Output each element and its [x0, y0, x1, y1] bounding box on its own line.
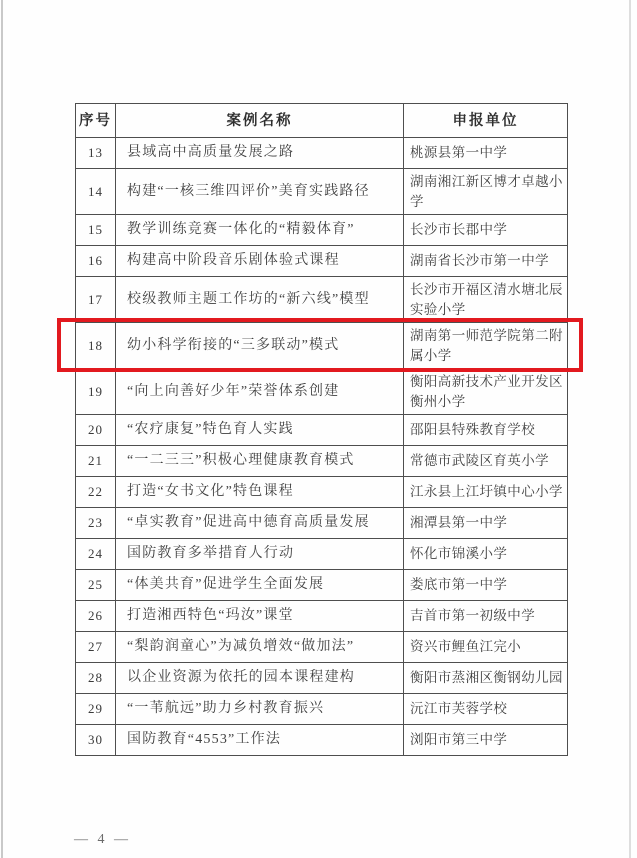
- table-row: 22打造“女书文化”特色课程江永县上江圩镇中心小学: [76, 477, 568, 508]
- cell-case-name: 国防教育多举措育人行动: [116, 539, 404, 570]
- table-row: 18幼小科学衔接的“三多联动”模式湖南第一师范学院第二附属小学: [76, 323, 568, 369]
- cell-number: 13: [76, 138, 116, 169]
- cell-reporting-unit: 娄底市第一中学: [404, 570, 568, 601]
- table-row: 24国防教育多举措育人行动怀化市锦溪小学: [76, 539, 568, 570]
- cell-number: 21: [76, 446, 116, 477]
- cell-reporting-unit: 浏阳市第三中学: [404, 725, 568, 756]
- cell-case-name: “梨韵润童心”为减负增效“做加法”: [116, 632, 404, 663]
- table-row: 16构建高中阶段音乐剧体验式课程湖南省长沙市第一中学: [76, 246, 568, 277]
- scanned-document-page: 序号 案例名称 申报单位 13县域高中高质量发展之路桃源县第一中学14构建“一核…: [0, 0, 637, 858]
- cell-case-name: “卓实教育”促进高中德育高质量发展: [116, 508, 404, 539]
- cell-number: 16: [76, 246, 116, 277]
- cell-number: 15: [76, 215, 116, 246]
- cell-reporting-unit: 长沙市长郡中学: [404, 215, 568, 246]
- table-header-row: 序号 案例名称 申报单位: [76, 104, 568, 138]
- table-row: 13县域高中高质量发展之路桃源县第一中学: [76, 138, 568, 169]
- table-row: 27“梨韵润童心”为减负增效“做加法”资兴市鲤鱼江完小: [76, 632, 568, 663]
- cell-reporting-unit: 湖南省长沙市第一中学: [404, 246, 568, 277]
- cell-case-name: 以企业资源为依托的园本课程建构: [116, 663, 404, 694]
- table-row: 26打造湘西特色“玛汝”课堂吉首市第一初级中学: [76, 601, 568, 632]
- scan-edge-line-right: [629, 0, 631, 858]
- header-cell-case-name: 案例名称: [116, 104, 404, 138]
- cell-reporting-unit: 桃源县第一中学: [404, 138, 568, 169]
- cell-number: 27: [76, 632, 116, 663]
- cell-case-name: 打造湘西特色“玛汝”课堂: [116, 601, 404, 632]
- cell-case-name: 校级教师主题工作坊的“新六线”模型: [116, 277, 404, 323]
- cell-case-name: “一苇航远”助力乡村教育振兴: [116, 694, 404, 725]
- table-row: 28以企业资源为依托的园本课程建构衡阳市蒸湘区衡钢幼儿园: [76, 663, 568, 694]
- cell-case-name: 打造“女书文化”特色课程: [116, 477, 404, 508]
- cell-number: 23: [76, 508, 116, 539]
- cell-number: 28: [76, 663, 116, 694]
- cell-reporting-unit: 江永县上江圩镇中心小学: [404, 477, 568, 508]
- cell-number: 26: [76, 601, 116, 632]
- table-body: 13县域高中高质量发展之路桃源县第一中学14构建“一核三维四评价”美育实践路径湖…: [76, 138, 568, 756]
- cell-case-name: 幼小科学衔接的“三多联动”模式: [116, 323, 404, 369]
- table-header: 序号 案例名称 申报单位: [76, 104, 568, 138]
- cell-number: 24: [76, 539, 116, 570]
- cell-case-name: 国防教育“4553”工作法: [116, 725, 404, 756]
- cell-reporting-unit: 湘潭县第一中学: [404, 508, 568, 539]
- cell-reporting-unit: 沅江市芙蓉学校: [404, 694, 568, 725]
- cell-number: 20: [76, 415, 116, 446]
- cell-reporting-unit: 湖南湘江新区博才卓越小学: [404, 169, 568, 215]
- cell-reporting-unit: 湖南第一师范学院第二附属小学: [404, 323, 568, 369]
- cell-reporting-unit: 邵阳县特殊教育学校: [404, 415, 568, 446]
- cell-case-name: 构建高中阶段音乐剧体验式课程: [116, 246, 404, 277]
- cases-table: 序号 案例名称 申报单位 13县域高中高质量发展之路桃源县第一中学14构建“一核…: [75, 103, 568, 756]
- table-row: 30国防教育“4553”工作法浏阳市第三中学: [76, 725, 568, 756]
- cell-case-name: “体美共育”促进学生全面发展: [116, 570, 404, 601]
- cell-reporting-unit: 吉首市第一初级中学: [404, 601, 568, 632]
- table-row: 15教学训练竞赛一体化的“精毅体育”长沙市长郡中学: [76, 215, 568, 246]
- table-row: 17校级教师主题工作坊的“新六线”模型长沙市开福区清水塘北辰实验小学: [76, 277, 568, 323]
- table-row: 20“农疗康复”特色育人实践邵阳县特殊教育学校: [76, 415, 568, 446]
- cell-case-name: “一二三三”积极心理健康教育模式: [116, 446, 404, 477]
- cell-reporting-unit: 资兴市鲤鱼江完小: [404, 632, 568, 663]
- table-row: 23“卓实教育”促进高中德育高质量发展湘潭县第一中学: [76, 508, 568, 539]
- cell-number: 18: [76, 323, 116, 369]
- header-cell-reporting-unit: 申报单位: [404, 104, 568, 138]
- table-row: 19“向上向善好少年”荣誉体系创建衡阳高新技术产业开发区衡州小学: [76, 369, 568, 415]
- cell-number: 22: [76, 477, 116, 508]
- cell-number: 29: [76, 694, 116, 725]
- header-cell-number: 序号: [76, 104, 116, 138]
- cell-reporting-unit: 常德市武陵区育英小学: [404, 446, 568, 477]
- table-row: 21“一二三三”积极心理健康教育模式常德市武陵区育英小学: [76, 446, 568, 477]
- page-number: — 4 —: [74, 832, 131, 848]
- cell-reporting-unit: 衡阳高新技术产业开发区衡州小学: [404, 369, 568, 415]
- cell-number: 25: [76, 570, 116, 601]
- scan-edge-line-left: [1, 0, 3, 858]
- cell-reporting-unit: 怀化市锦溪小学: [404, 539, 568, 570]
- cell-case-name: 县域高中高质量发展之路: [116, 138, 404, 169]
- cell-reporting-unit: 长沙市开福区清水塘北辰实验小学: [404, 277, 568, 323]
- table-row: 14构建“一核三维四评价”美育实践路径湖南湘江新区博才卓越小学: [76, 169, 568, 215]
- cell-case-name: “农疗康复”特色育人实践: [116, 415, 404, 446]
- table-row: 25“体美共育”促进学生全面发展娄底市第一中学: [76, 570, 568, 601]
- cell-number: 19: [76, 369, 116, 415]
- cell-number: 30: [76, 725, 116, 756]
- cell-case-name: 教学训练竞赛一体化的“精毅体育”: [116, 215, 404, 246]
- cell-number: 17: [76, 277, 116, 323]
- cell-number: 14: [76, 169, 116, 215]
- cell-case-name: “向上向善好少年”荣誉体系创建: [116, 369, 404, 415]
- cell-reporting-unit: 衡阳市蒸湘区衡钢幼儿园: [404, 663, 568, 694]
- table-row: 29“一苇航远”助力乡村教育振兴沅江市芙蓉学校: [76, 694, 568, 725]
- cell-case-name: 构建“一核三维四评价”美育实践路径: [116, 169, 404, 215]
